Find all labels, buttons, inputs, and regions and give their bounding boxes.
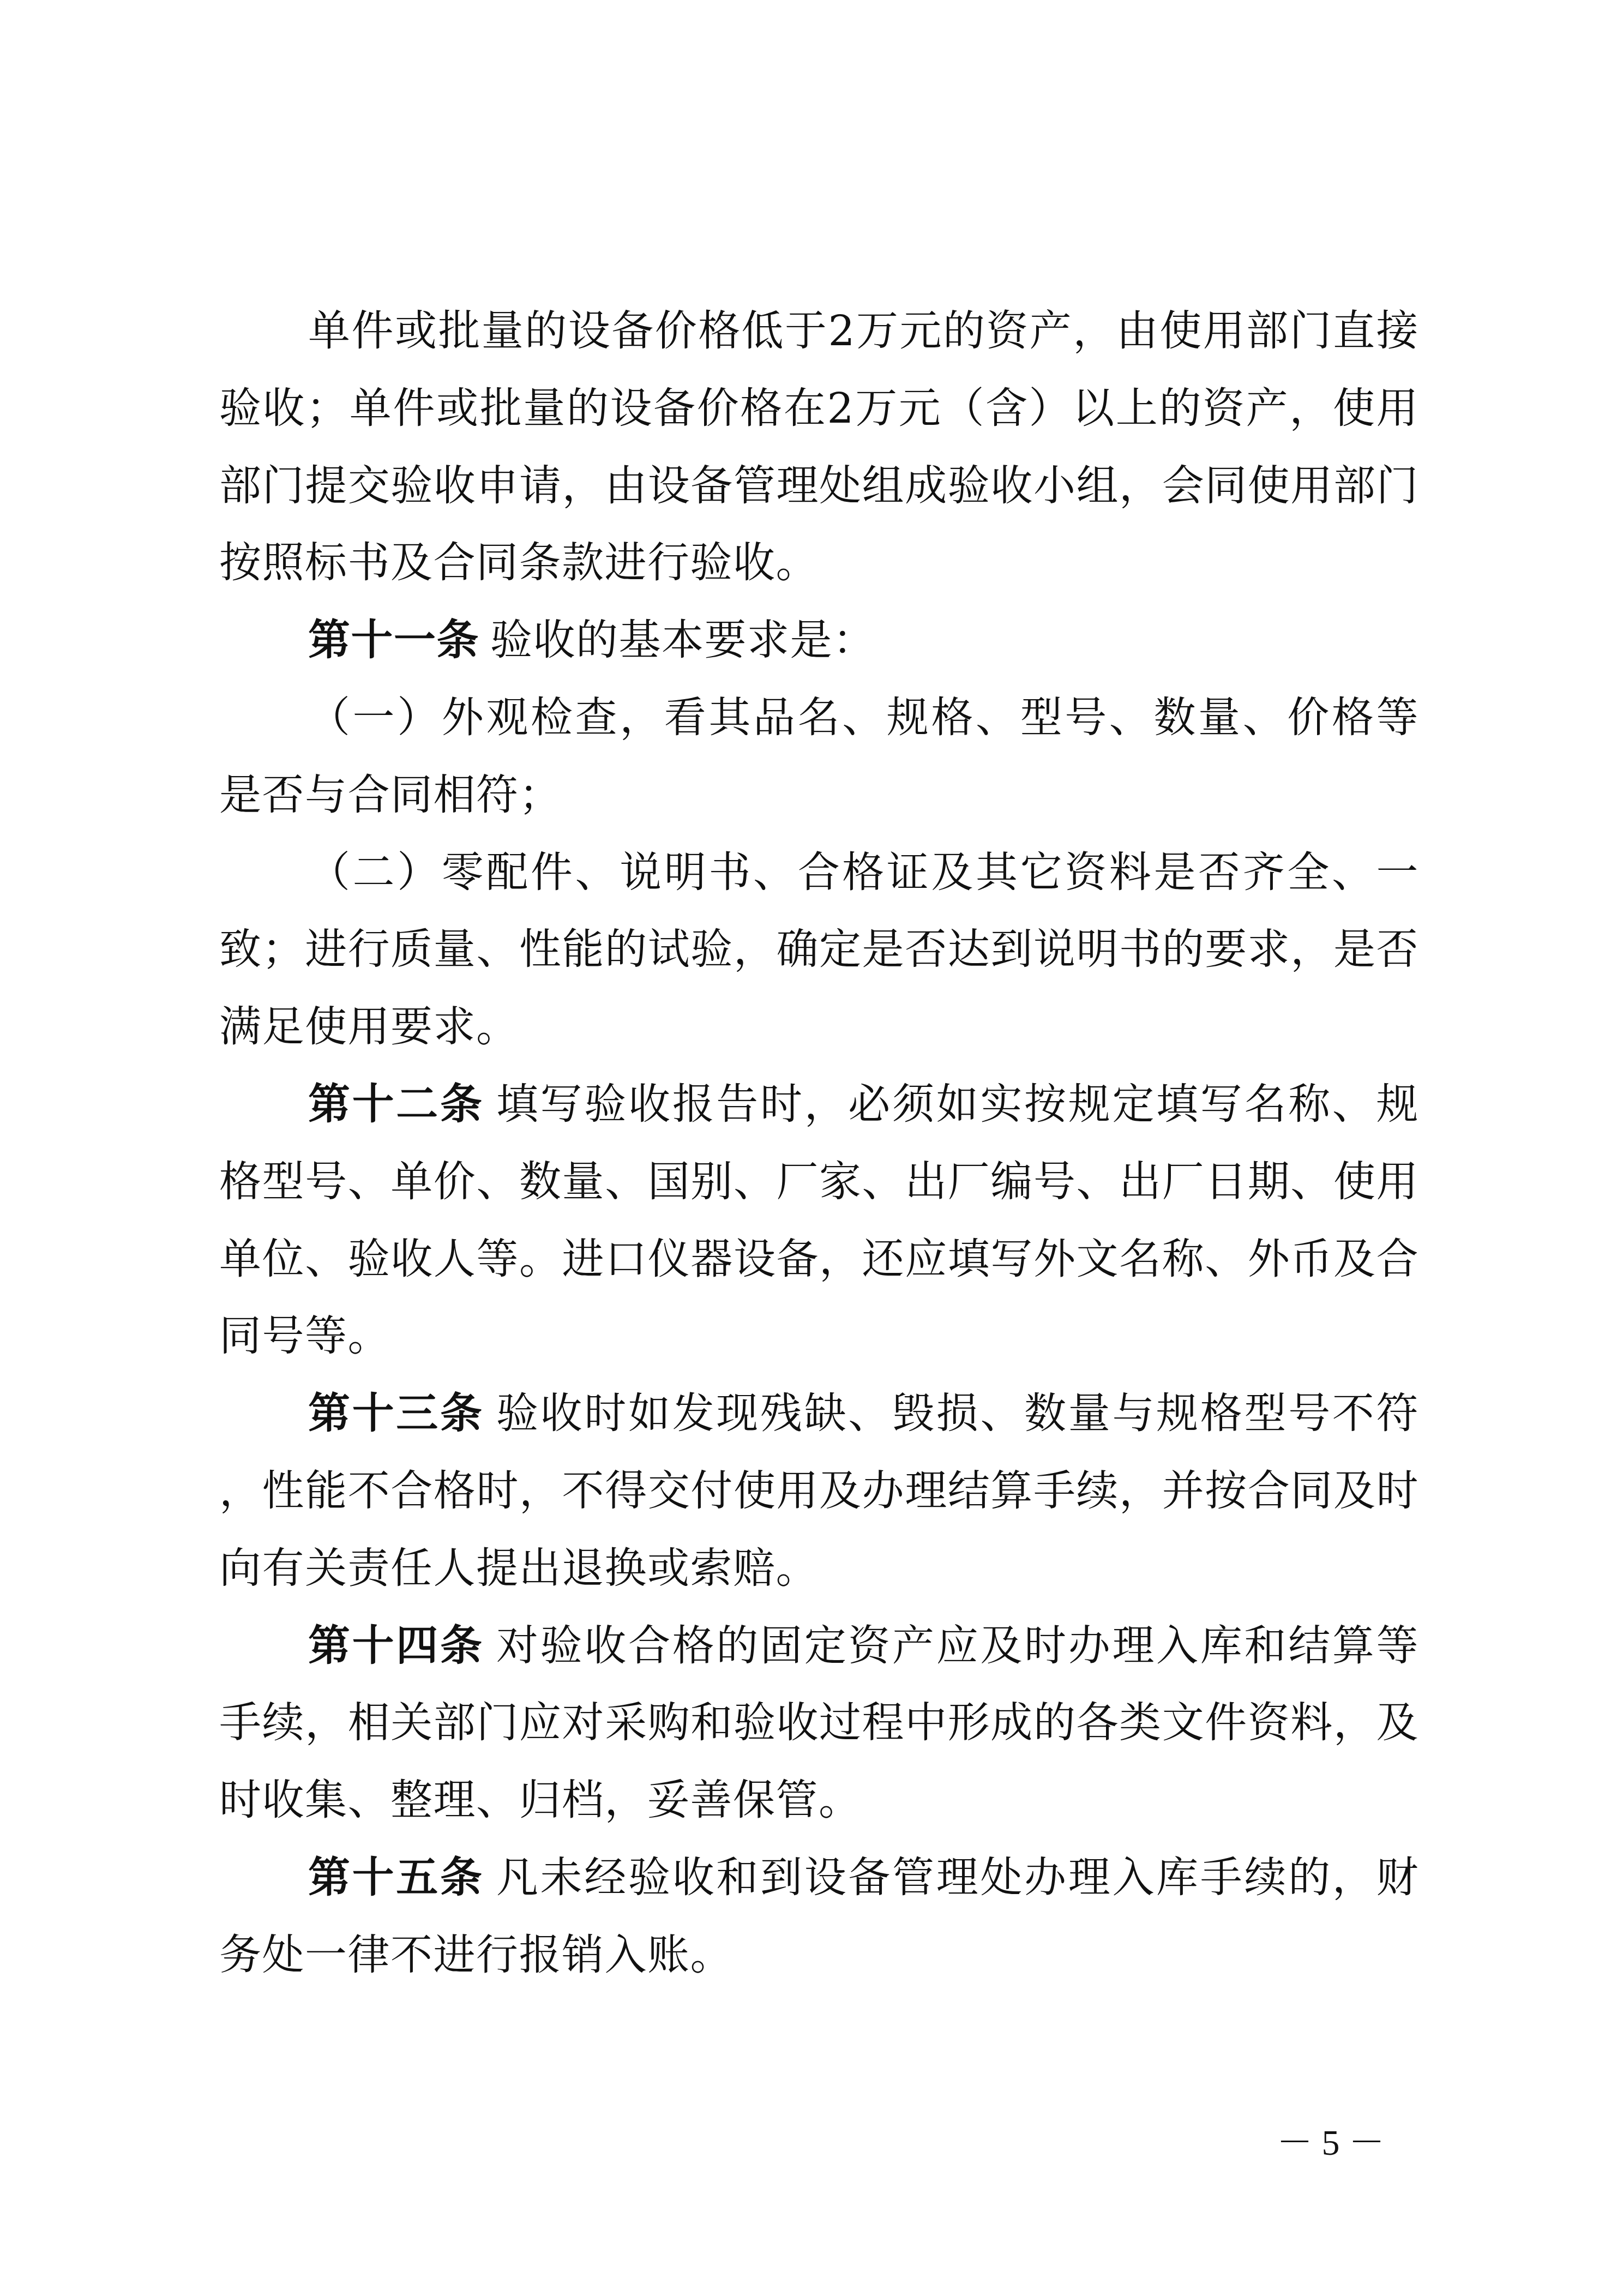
paragraph-article-13: 第十三条验收时如发现残缺、毁损、数量与规格型号不符，性能不合格时，不得交付使用及… — [219, 1375, 1419, 1607]
document-page: 单件或批量的设备价格低于2万元的资产，由使用部门直接验收；单件或批量的设备价格在… — [0, 0, 1623, 2296]
paragraph-acceptance-threshold: 单件或批量的设备价格低于2万元的资产，由使用部门直接验收；单件或批量的设备价格在… — [219, 293, 1419, 602]
paragraph-text: 单件或批量的设备价格低于2万元的资产，由使用部门直接验收；单件或批量的设备价格在… — [219, 307, 1419, 587]
article-heading: 第十三条 — [308, 1390, 484, 1438]
paragraph-article-14: 第十四条对验收合格的固定资产应及时办理入库和结算等手续，相关部门应对采购和验收过… — [219, 1608, 1419, 1840]
article-heading: 第十二条 — [308, 1080, 484, 1129]
page-number: － 5 － — [1271, 2123, 1391, 2163]
article-heading: 第十一条 — [308, 616, 479, 665]
paragraph-item-2: （二）零配件、说明书、合格证及其它资料是否齐全、一致；进行质量、性能的试验，确定… — [219, 834, 1419, 1066]
article-heading: 第十四条 — [308, 1622, 484, 1670]
paragraph-article-12: 第十二条填写验收报告时，必须如实按规定填写名称、规格型号、单价、数量、国别、厂家… — [219, 1066, 1419, 1375]
paragraph-article-15: 第十五条凡未经验收和到设备管理处办理入库手续的，财务处一律不进行报销入账。 — [219, 1840, 1419, 1994]
paragraph-article-11: 第十一条验收的基本要求是： — [219, 602, 1419, 680]
paragraph-text: 验收的基本要求是： — [490, 616, 876, 665]
document-body: 单件或批量的设备价格低于2万元的资产，由使用部门直接验收；单件或批量的设备价格在… — [219, 293, 1419, 1994]
paragraph-item-1: （一）外观检查，看其品名、规格、型号、数量、价格等是否与合同相符； — [219, 680, 1419, 834]
article-heading: 第十五条 — [308, 1854, 484, 1902]
paragraph-text: （二）零配件、说明书、合格证及其它资料是否齐全、一致；进行质量、性能的试验，确定… — [219, 849, 1419, 1052]
paragraph-text: （一）外观检查，看其品名、规格、型号、数量、价格等是否与合同相符； — [219, 694, 1419, 820]
